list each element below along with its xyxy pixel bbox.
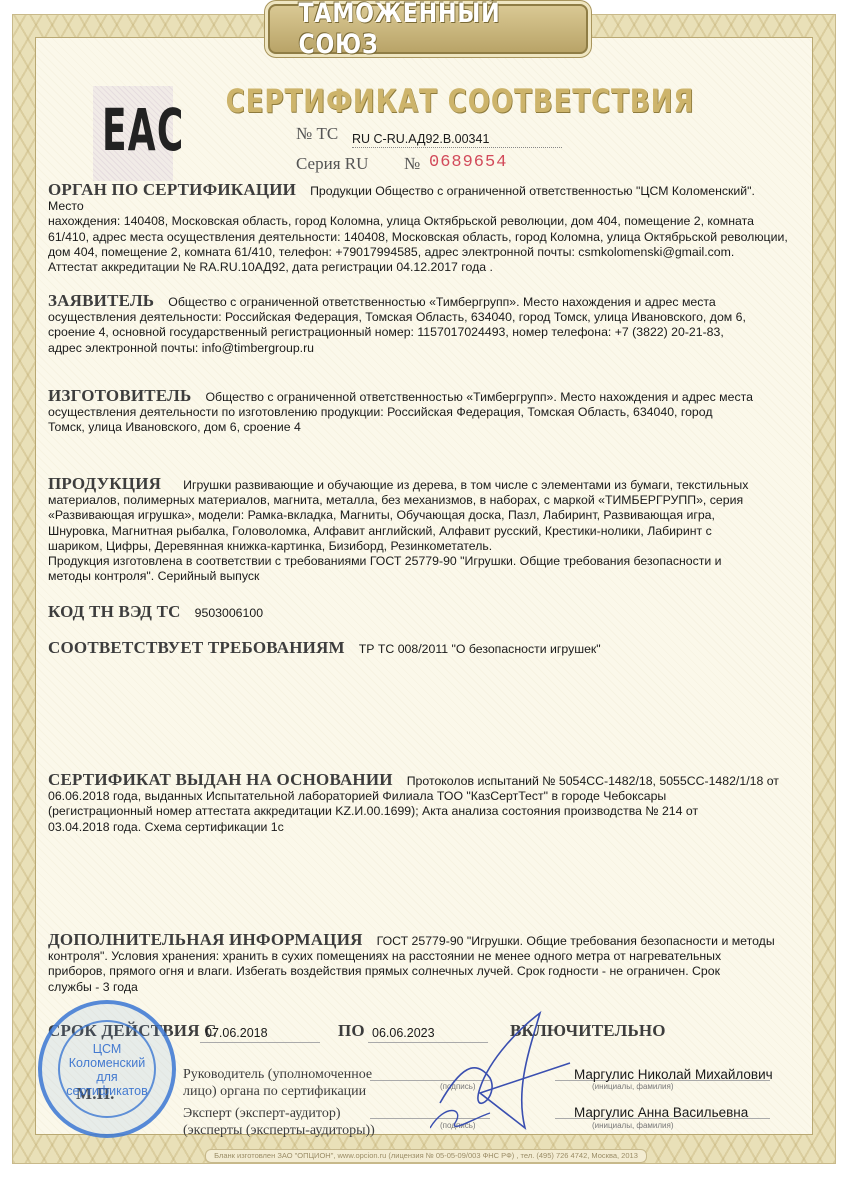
section-line: шариком, Цифры, Деревянная книжка-картин… [48,539,788,554]
section-line: приборов, прямого огня и влаги. Избегать… [48,964,788,979]
validity-from-date: 07.06.2018 [205,1026,268,1040]
signature-icon [430,1008,600,1138]
series-label: Серия RU [296,154,368,174]
section-line: 06.06.2018 года, выданных Испытательной … [48,789,788,804]
blank-number: 0689654 [429,153,507,172]
seal-text: ЦСМ Коломенский для сертификатов [42,1042,172,1098]
section-label: ИЗГОТОВИТЕЛЬ [48,386,191,405]
expert-label: Эксперт (эксперт-аудитор) (эксперты (экс… [183,1105,375,1139]
section-additional-info: ДОПОЛНИТЕЛЬНАЯ ИНФОРМАЦИЯГОСТ 25779-90 "… [48,932,788,995]
section-line: Аттестат аккредитации № RA.RU.10АД92, да… [48,260,788,275]
section-label: ЗАЯВИТЕЛЬ [48,291,154,310]
section-label: ОРГАН ПО СЕРТИФИКАЦИИ [48,180,296,199]
head-label-line: Руководитель (уполномоченное [183,1066,372,1083]
section-line: контроля". Условия хранения: хранить в с… [48,949,788,964]
validity-to-date: 06.06.2023 [372,1026,435,1040]
section-line: «Развивающая игрушка», модели: Рамка-вкл… [48,508,788,523]
expert-name: Маргулис Анна Васильевна [574,1105,748,1120]
head-name: Маргулис Николай Михайлович [574,1067,773,1082]
section-basis: СЕРТИФИКАТ ВЫДАН НА ОСНОВАНИИПротоколов … [48,772,788,835]
section-label: ДОПОЛНИТЕЛЬНАЯ ИНФОРМАЦИЯ [48,930,363,949]
certificate-title: СЕРТИФИКАТ СООТВЕТСТВИЯ [206,82,714,120]
section-label: КОД ТН ВЭД ТС [48,602,181,621]
section-line: методы контроля". Серийный выпуск [48,569,788,584]
tc-number-value: RU C-RU.АД92.В.00341 [352,132,562,148]
section-certification-body: ОРГАН ПО СЕРТИФИКАЦИИПродукции Общество … [48,182,788,275]
eac-mark-icon: EAC [102,96,185,164]
section-line: Продукция изготовлена в соответствии с т… [48,554,788,569]
section-hs-code: КОД ТН ВЭД ТС9503006100 [48,604,788,621]
validity-from-underline [200,1042,320,1043]
section-manufacturer: ИЗГОТОВИТЕЛЬОбщество с ограниченной отве… [48,388,788,436]
head-label: Руководитель (уполномоченное лицо) орган… [183,1066,372,1100]
section-label: СЕРТИФИКАТ ВЫДАН НА ОСНОВАНИИ [48,770,393,789]
section-line: осуществления деятельности: Российская Ф… [48,310,788,325]
section-line: осуществления деятельности по изготовлен… [48,405,788,420]
customs-union-title: ТАМОЖЕННЫЙ СОЮЗ [298,0,557,60]
section-product: ПРОДУКЦИЯИгрушки развивающие и обучающие… [48,476,788,584]
seal-text-line: для [42,1070,172,1084]
regulation-value: ТР ТС 008/2011 "О безопасности игрушек" [359,642,601,656]
tc-number-label: № ТС [296,124,338,144]
seal-text-line: ЦСМ [42,1042,172,1056]
expert-label-line: (эксперты (эксперты-аудиторы)) [183,1122,375,1139]
section-line: (регистрационный номер аттестата аккреди… [48,804,788,819]
section-label: СООТВЕТСТВУЕТ ТРЕБОВАНИЯМ [48,638,345,657]
section-line: материалов, полимерных материалов, магни… [48,493,788,508]
section-line: адрес электронной почты: info@timbergrou… [48,341,788,356]
customs-union-banner: ТАМОЖЕННЫЙ СОЮЗ [268,4,588,54]
section-line: сроение 4, основной государственный реги… [48,325,788,340]
section-line: Протоколов испытаний № 5054СС-1482/18, 5… [407,774,779,788]
blank-manufacturer-footer: Бланк изготовлен ЗАО "ОПЦИОН", www.opcio… [205,1149,647,1163]
number-label: № [404,154,420,174]
head-name-caption: (инициалы, фамилия) [592,1082,674,1091]
expert-name-caption: (инициалы, фамилия) [592,1121,674,1130]
section-line: 61/410, адрес места осуществления деятел… [48,230,788,245]
section-label: ПРОДУКЦИЯ [48,474,161,493]
section-line: ГОСТ 25779-90 "Игрушки. Общие требования… [377,934,775,948]
head-label-line: лицо) органа по сертификации [183,1083,372,1100]
section-line: Общество с ограниченной ответственностью… [205,390,752,404]
section-line: Общество с ограниченной ответственностью… [168,295,715,309]
section-line: Игрушки развивающие и обучающие из дерев… [183,478,748,492]
section-applicant: ЗАЯВИТЕЛЬОбщество с ограниченной ответст… [48,293,788,356]
hs-code-value: 9503006100 [195,606,263,620]
seal-text-line: Коломенский [42,1056,172,1070]
section-line: службы - 3 года [48,980,788,995]
section-line: нахождения: 140408, Московская область, … [48,214,788,229]
section-line: Томск, улица Ивановского, дом 6, сроение… [48,420,788,435]
section-conforms: СООТВЕТСТВУЕТ ТРЕБОВАНИЯМТР ТС 008/2011 … [48,640,788,657]
seal-text-line: сертификатов [42,1084,172,1098]
seal-stamp-icon: ЦСМ Коломенский для сертификатов [38,1000,176,1138]
section-line: Шнуровка, Магнитная рыбалка, Головоломка… [48,524,788,539]
validity-to-label: ПО [338,1021,365,1041]
expert-label-line: Эксперт (эксперт-аудитор) [183,1105,375,1122]
section-line: дом 404, помещение 2, комната 61/410, те… [48,245,788,260]
section-line: 03.04.2018 года. Схема сертификации 1с [48,820,788,835]
